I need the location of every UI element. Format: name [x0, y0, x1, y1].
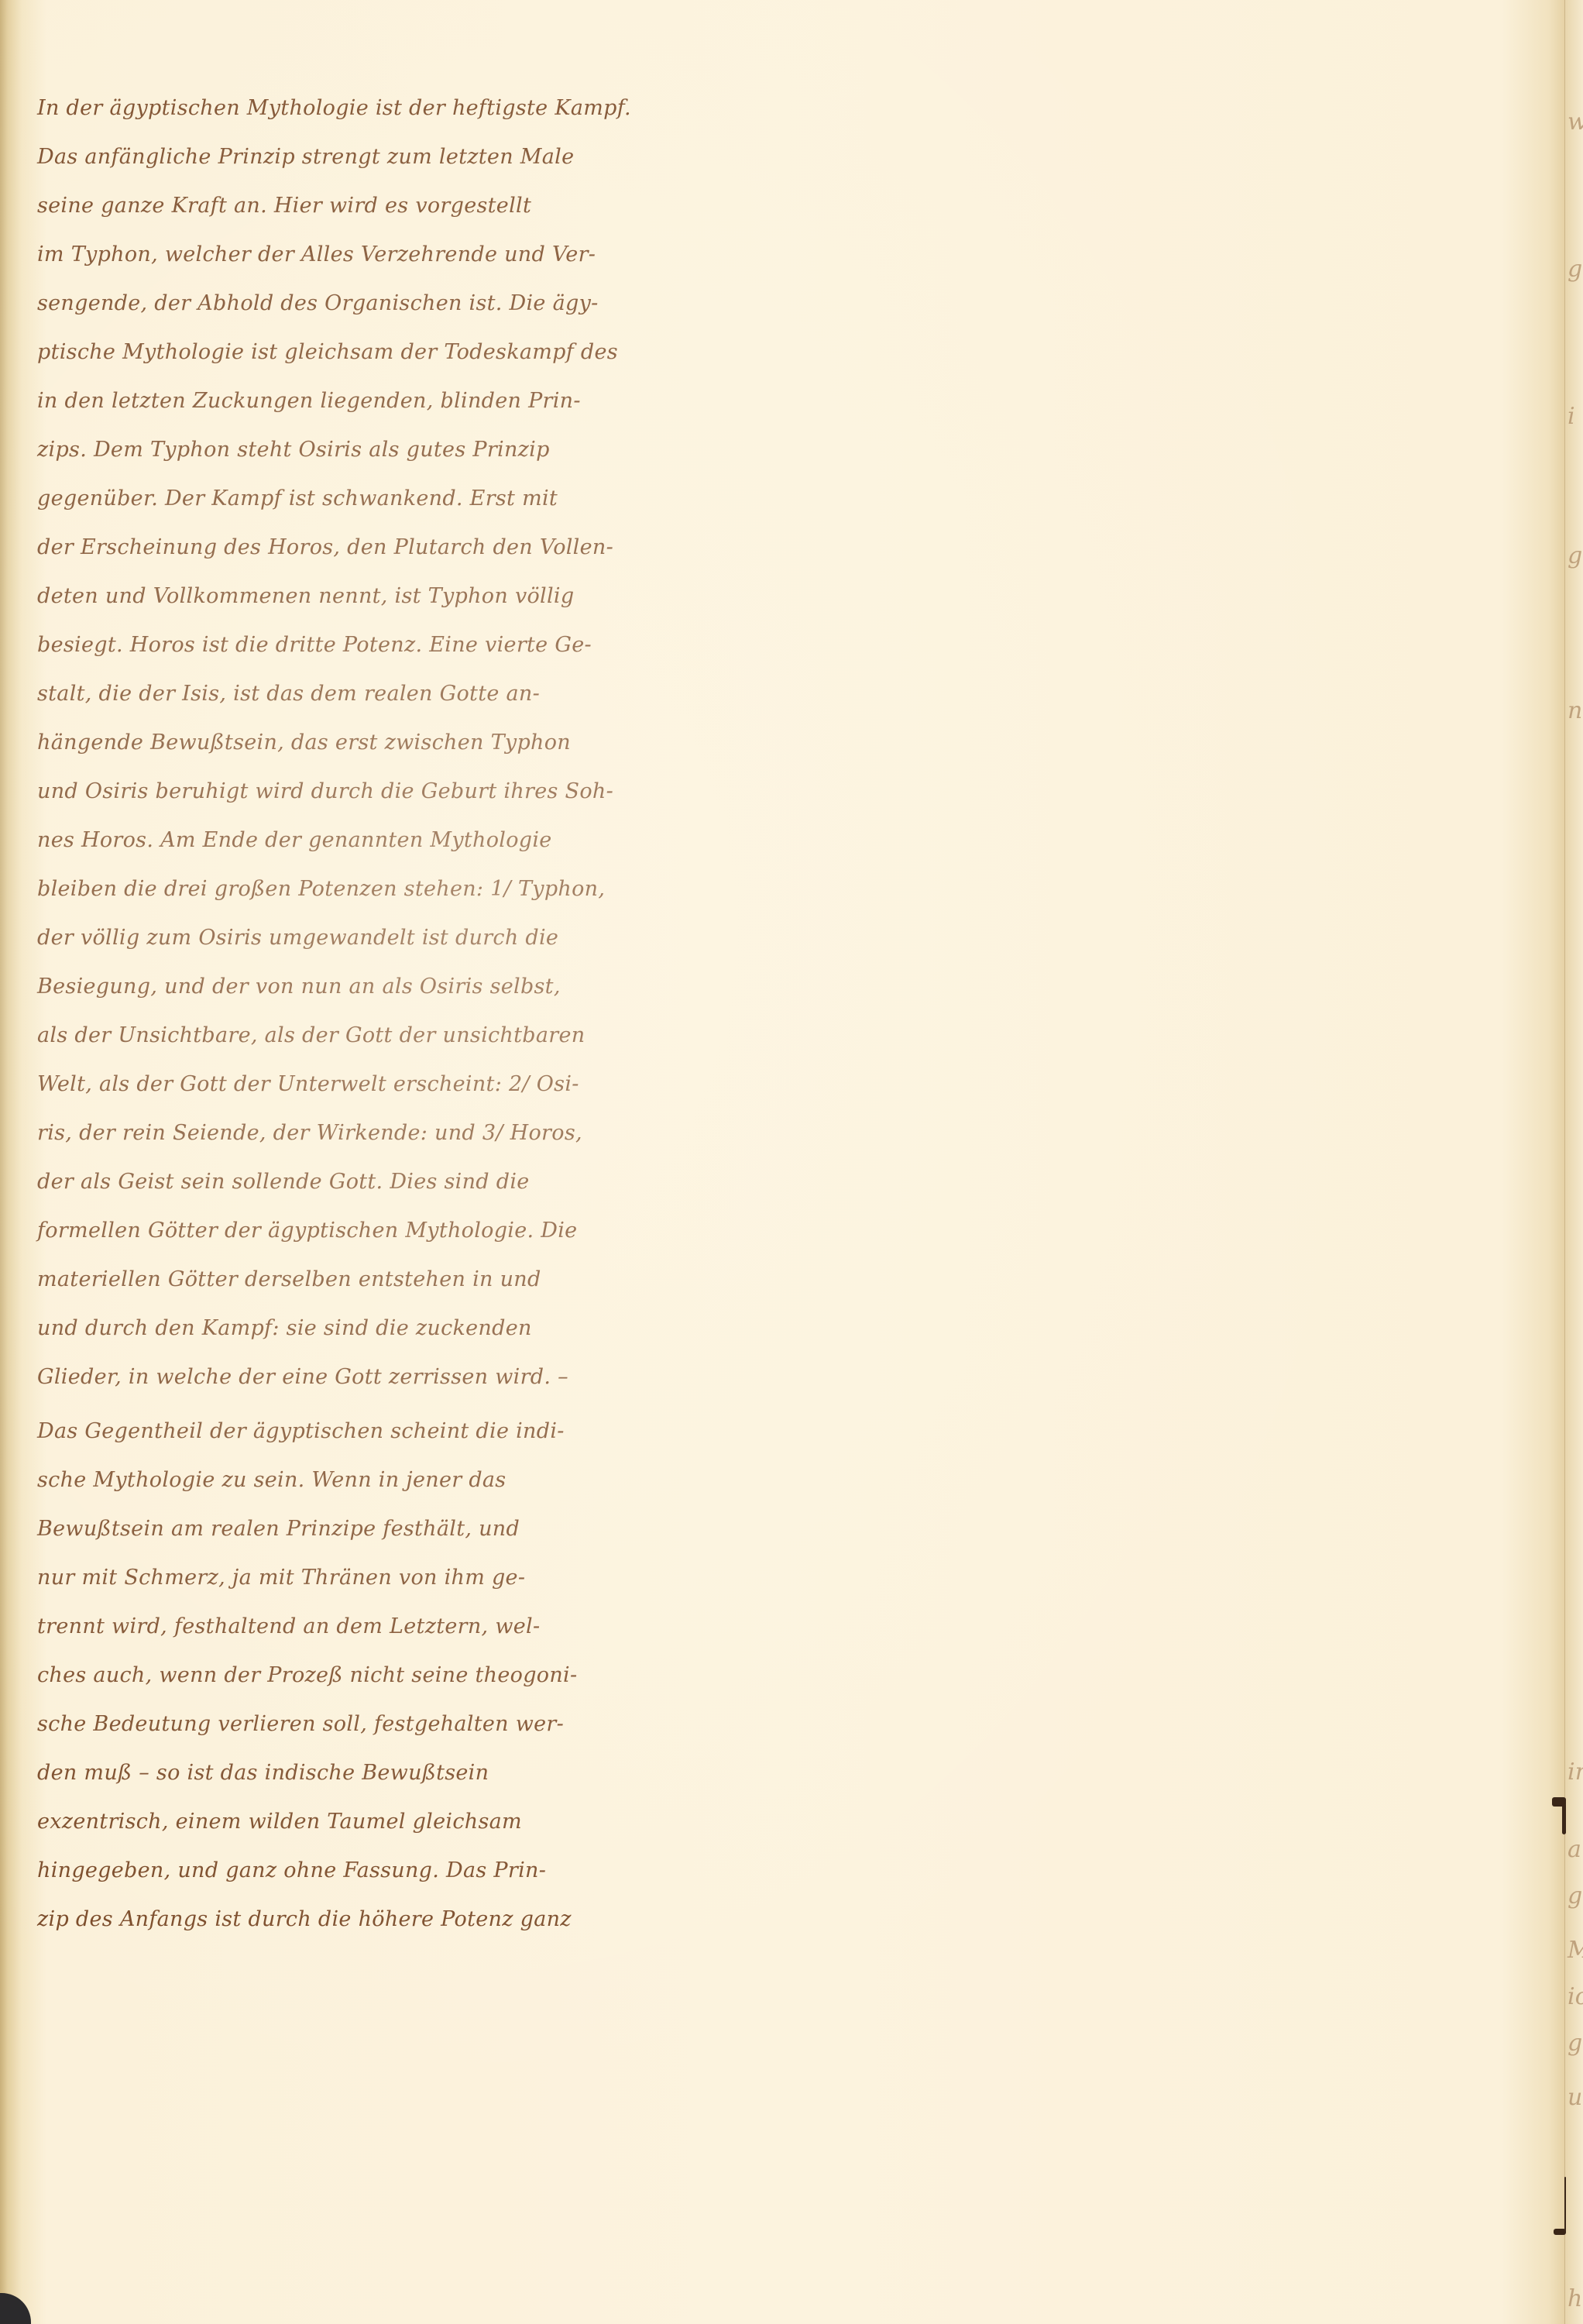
text-line-7: in den letzten Zuckungen liegenden, blin…: [37, 376, 835, 425]
text-line-23: der als Geist sein sollende Gott. Dies s…: [37, 1157, 835, 1206]
text-line-9: gegenüber. Der Kampf ist schwankend. Ers…: [37, 474, 835, 523]
text-line-12: besiegt. Horos ist die dritte Potenz. Ei…: [37, 621, 835, 669]
text-line-30: Bewußtsein am realen Prinzipe festhält, …: [37, 1504, 835, 1553]
text-line-4: im Typhon, welcher der Alles Verzehrende…: [37, 230, 835, 279]
facing-page-fragment: io: [1568, 1983, 1583, 2010]
page-tab-mark: [1554, 2229, 1566, 2235]
facing-page-fragment: ge: [1568, 2030, 1583, 2057]
facing-page-fragment: ir: [1568, 1758, 1583, 1786]
text-line-16: nes Horos. Am Ende der genannten Mytholo…: [37, 816, 835, 865]
manuscript-page: In der ägyptischen Mythologie ist der he…: [0, 0, 1564, 2324]
text-line-21: Welt, als der Gott der Unterwelt erschei…: [37, 1060, 835, 1109]
facing-page-fragment: n: [1568, 697, 1583, 724]
page-tab-mark: [1562, 1803, 1566, 1834]
facing-page-fragment: hö: [1568, 2285, 1583, 2312]
text-line-29: sche Mythologie zu sein. Wenn in jener d…: [37, 1456, 835, 1504]
page-tab-mark: [1564, 2177, 1566, 2231]
text-line-20: als der Unsichtbare, als der Gott der un…: [37, 1011, 835, 1060]
text-line-18: der völlig zum Osiris umgewandelt ist du…: [37, 913, 835, 962]
text-line-1: In der ägyptischen Mythologie ist der he…: [37, 84, 835, 132]
facing-page-fragment: i: [1568, 403, 1583, 430]
text-line-8: zips. Dem Typhon steht Osiris als gutes …: [37, 425, 835, 474]
text-line-35: den muß – so ist das indische Bewußtsein: [37, 1748, 835, 1797]
text-line-11: deten und Vollkommenen nennt, ist Typhon…: [37, 572, 835, 621]
facing-page-fragment: gr: [1568, 1882, 1583, 1910]
text-line-37: hingegeben, und ganz ohne Fassung. Das P…: [37, 1846, 835, 1895]
text-line-26: und durch den Kampf: sie sind die zucken…: [37, 1304, 835, 1353]
text-line-32: trennt wird, festhaltend an dem Letztern…: [37, 1602, 835, 1651]
text-line-19: Besiegung, und der von nun an als Osiris…: [37, 962, 835, 1011]
facing-page-fragment: ub: [1568, 2084, 1583, 2111]
text-line-6: ptische Mythologie ist gleichsam der Tod…: [37, 328, 835, 376]
text-line-3: seine ganze Kraft an. Hier wird es vorge…: [37, 181, 835, 230]
text-line-14: hängende Bewußtsein, das erst zwischen T…: [37, 718, 835, 767]
facing-page-edge: w g i g n ir a gr M io ge ub hö: [1564, 0, 1583, 2324]
facing-page-fragment: g: [1568, 542, 1583, 569]
text-line-13: stalt, die der Isis, ist das dem realen …: [37, 669, 835, 718]
text-line-31: nur mit Schmerz, ja mit Thränen von ihm …: [37, 1553, 835, 1602]
text-line-38: zip des Anfangs ist durch die höhere Pot…: [37, 1895, 835, 1944]
text-line-15: und Osiris beruhigt wird durch die Gebur…: [37, 767, 835, 816]
text-line-24: formellen Götter der ägyptischen Mytholo…: [37, 1206, 835, 1255]
text-line-2: Das anfängliche Prinzip strengt zum letz…: [37, 132, 835, 181]
text-line-22: ris, der rein Seiende, der Wirkende: und…: [37, 1109, 835, 1157]
text-line-34: sche Bedeutung verlieren soll, festgehal…: [37, 1700, 835, 1748]
facing-page-fragment: g: [1568, 256, 1583, 283]
text-line-28: Das Gegentheil der ägyptischen scheint d…: [37, 1407, 835, 1456]
facing-page-fragment: M: [1568, 1937, 1583, 1964]
text-line-5: sengende, der Abhold des Organischen ist…: [37, 279, 835, 328]
text-line-36: exzentrisch, einem wilden Taumel gleichs…: [37, 1797, 835, 1846]
text-line-33: ches auch, wenn der Prozeß nicht seine t…: [37, 1651, 835, 1700]
handwritten-text-block: In der ägyptischen Mythologie ist der he…: [37, 84, 835, 1944]
text-line-25: materiellen Götter derselben entstehen i…: [37, 1255, 835, 1304]
facing-page-fragment: a: [1568, 1836, 1583, 1863]
text-line-10: der Erscheinung des Horos, den Plutarch …: [37, 523, 835, 572]
text-line-27: Glieder, in welche der eine Gott zerriss…: [37, 1353, 835, 1407]
facing-page-fragment: w: [1568, 108, 1583, 136]
text-line-17: bleiben die drei großen Potenzen stehen:…: [37, 865, 835, 913]
